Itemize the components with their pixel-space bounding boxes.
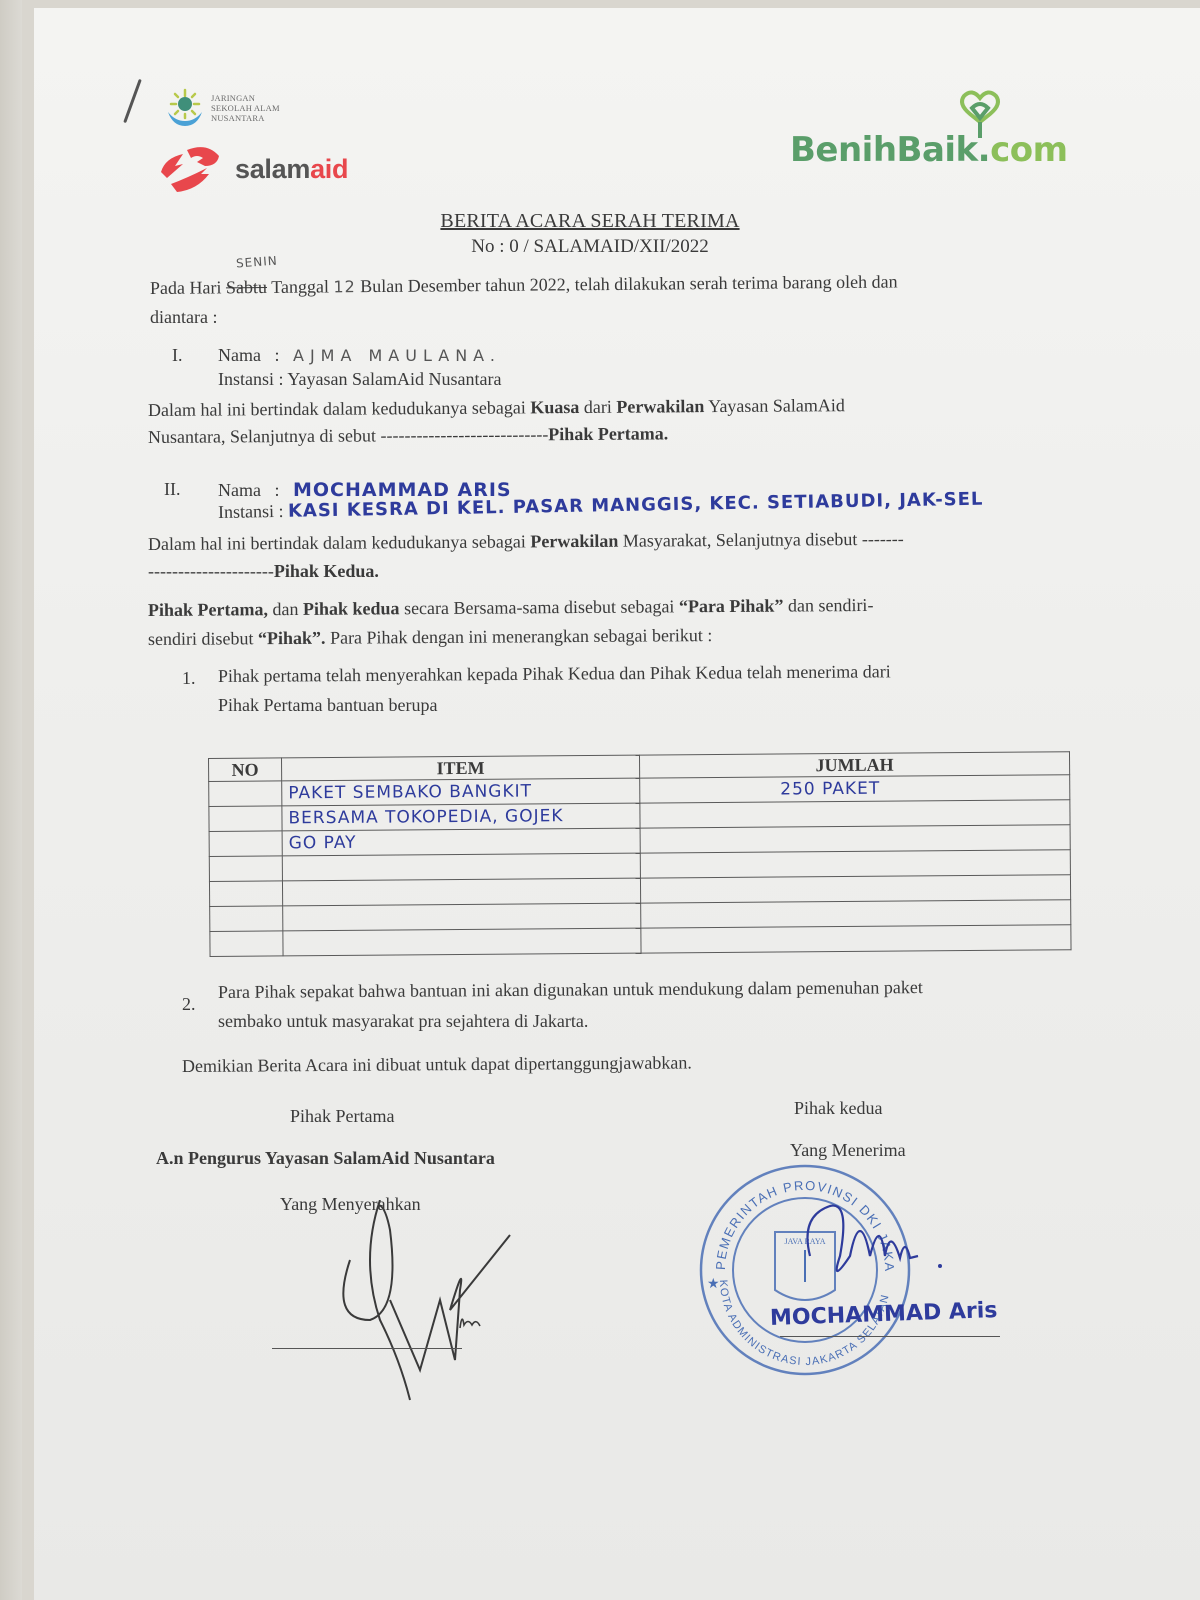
text: secara Bersama-sama disebut sebagai bbox=[399, 596, 679, 618]
clause-1-number: 1. bbox=[182, 668, 196, 689]
text: Pihak kedua bbox=[303, 598, 400, 619]
benihbaik-name: BenihBaik bbox=[790, 130, 978, 170]
name-label: Nama bbox=[218, 480, 261, 500]
first-party-org: A.n Pengurus Yayasan SalamAid Nusantara bbox=[156, 1148, 495, 1169]
clause-2-number: 2. bbox=[182, 994, 196, 1015]
cell-jumlah bbox=[640, 875, 1070, 903]
text: Perwakilan bbox=[530, 531, 618, 552]
struck-day: Sabtu bbox=[226, 277, 267, 297]
text: dan sendiri- bbox=[783, 595, 873, 616]
jsan-text: JARINGAN SEKOLAH ALAM NUSANTARA bbox=[211, 93, 280, 123]
cell-jumlah bbox=[640, 800, 1070, 828]
cell-no bbox=[209, 806, 282, 832]
instansi-label: Instansi bbox=[218, 501, 274, 522]
clause-2: Para Pihak sepakat bahwa bantuan ini aka… bbox=[218, 982, 923, 1032]
text: Para Pihak dengan ini menerangkan sebaga… bbox=[325, 625, 712, 648]
cell-no bbox=[209, 856, 282, 882]
party2-description: Dalam hal ini bertindak dalam kedudukany… bbox=[148, 534, 904, 582]
text: Dalam hal ini bertindak dalam kedudukany… bbox=[148, 397, 531, 420]
salamaid-accent: aid bbox=[310, 154, 348, 184]
clause-1: Pihak pertama telah menyerahkan kepada P… bbox=[218, 666, 891, 716]
text: Nusantara, Selanjutnya di sebut --------… bbox=[148, 424, 548, 447]
items-table: NO ITEM JUMLAH PAKET SEMBAKO BANGKIT 250… bbox=[208, 751, 1072, 957]
text: Dalam hal ini bertindak dalam kedudukany… bbox=[148, 531, 531, 554]
party1-role: Pihak Pertama. bbox=[548, 423, 668, 444]
cell-item bbox=[283, 928, 641, 956]
jsan-line: JARINGAN bbox=[211, 93, 280, 103]
cell-no bbox=[209, 881, 282, 907]
second-party-title: Pihak kedua bbox=[794, 1098, 882, 1119]
clause-1-line1: Pihak pertama telah menyerahkan kepada P… bbox=[218, 661, 891, 687]
svg-text:★: ★ bbox=[707, 1277, 720, 1292]
party1-name-row: Nama : AJMA MAULANA. bbox=[218, 345, 501, 366]
cell-no bbox=[209, 831, 282, 857]
salamaid-prefix: salam bbox=[235, 154, 310, 184]
party1-name-value: AJMA MAULANA. bbox=[293, 346, 501, 365]
cell-no bbox=[210, 906, 283, 932]
text: sendiri disebut bbox=[148, 628, 258, 649]
jsan-logo: JARINGAN SEKOLAH ALAM NUSANTARA bbox=[165, 88, 280, 128]
cell-jumlah bbox=[641, 925, 1071, 953]
text: Yayasan SalamAid bbox=[704, 395, 845, 416]
opening-line2: diantara : bbox=[150, 307, 898, 328]
first-party-title: Pihak Pertama bbox=[290, 1106, 394, 1127]
handwritten-date: 12 bbox=[333, 277, 356, 296]
cell-item bbox=[282, 878, 640, 906]
party1-instansi-row: Instansi : Yayasan SalamAid Nusantara bbox=[218, 369, 501, 390]
instansi-label: Instansi bbox=[218, 369, 274, 389]
text: --------------------- bbox=[148, 561, 274, 581]
cell-no bbox=[209, 781, 282, 807]
second-party-role: Yang Menerima bbox=[790, 1140, 906, 1161]
opening-rest: Bulan Desember tahun 2022, telah dilakuk… bbox=[360, 271, 897, 296]
cell-jumlah: 250 PAKET bbox=[640, 775, 1070, 803]
closing-text: Demikian Berita Acara ini dibuat untuk d… bbox=[182, 1052, 692, 1077]
second-party-signature bbox=[790, 1196, 960, 1296]
cell-jumlah bbox=[640, 825, 1070, 853]
header-no: NO bbox=[209, 758, 282, 782]
jsan-line: SEKOLAH ALAM bbox=[211, 103, 280, 113]
cell-no bbox=[210, 931, 283, 957]
clause-1-line2: Pihak Pertama bantuan berupa bbox=[218, 695, 891, 716]
salamaid-wordmark: salamaid bbox=[235, 154, 348, 185]
document-title: BERITA ACARA SERAH TERIMA bbox=[0, 210, 1180, 233]
cell-jumlah bbox=[640, 850, 1070, 878]
cell-jumlah bbox=[641, 900, 1071, 928]
first-party-signature bbox=[290, 1200, 530, 1410]
handwritten-day: SENIN bbox=[236, 254, 279, 271]
clause-2-line2: sembako untuk masyarakat pra sejahtera d… bbox=[218, 1011, 923, 1032]
name-label: Nama bbox=[218, 345, 261, 365]
cell-item: GO PAY bbox=[282, 828, 640, 856]
cell-item bbox=[282, 853, 640, 881]
party1-description: Dalam hal ini bertindak dalam kedudukany… bbox=[148, 400, 845, 448]
party2-numeral: II. bbox=[164, 479, 181, 500]
para-pihak-paragraph: Pihak Pertama, dan Pihak kedua secara Be… bbox=[148, 600, 873, 650]
text: “Para Pihak” bbox=[679, 596, 784, 617]
second-party-signature-line bbox=[780, 1336, 1000, 1337]
text: Kuasa bbox=[530, 397, 579, 417]
closing-statement: Demikian Berita Acara ini dibuat untuk d… bbox=[182, 1056, 692, 1077]
tanggal-label: Tanggal bbox=[271, 276, 329, 297]
benihbaik-suffix: com bbox=[990, 130, 1067, 170]
party2-role: Pihak Kedua. bbox=[274, 561, 379, 581]
header-item: ITEM bbox=[282, 755, 640, 781]
salamaid-logo: salamaid bbox=[157, 144, 348, 194]
document-number: No : 0 / SALAMAID/XII/2022 bbox=[0, 236, 1180, 258]
salamaid-bird-hands-icon bbox=[157, 144, 221, 194]
clause-2-line1: Para Pihak sepakat bahwa bantuan ini aka… bbox=[218, 977, 923, 1003]
text: Masyarakat, Selanjutnya disebut ------- bbox=[618, 529, 904, 551]
jsan-line: NUSANTARA bbox=[211, 113, 280, 123]
cell-item: BERSAMA TOKOPEDIA, GOJEK bbox=[282, 803, 640, 831]
opening-prefix: Pada Hari bbox=[150, 277, 222, 298]
benihbaik-wordmark: BenihBaik.com bbox=[790, 130, 1068, 170]
header-jumlah: JUMLAH bbox=[639, 752, 1069, 778]
text: Perwakilan bbox=[616, 396, 704, 417]
text: dari bbox=[579, 397, 616, 417]
party1-instansi-value: Yayasan SalamAid Nusantara bbox=[287, 369, 501, 389]
text: Pihak Pertama, bbox=[148, 599, 268, 620]
sun-hands-icon bbox=[165, 88, 205, 128]
cell-item bbox=[283, 903, 641, 931]
cell-item: PAKET SEMBAKO BANGKIT bbox=[282, 778, 640, 806]
first-party-signature-line bbox=[272, 1348, 462, 1349]
text: “Pihak”. bbox=[258, 628, 326, 648]
party1-numeral: I. bbox=[172, 345, 183, 366]
opening-paragraph: Pada Hari Sabtu Tanggal 12 Bulan Desembe… bbox=[150, 278, 898, 328]
text: dan bbox=[268, 599, 303, 619]
